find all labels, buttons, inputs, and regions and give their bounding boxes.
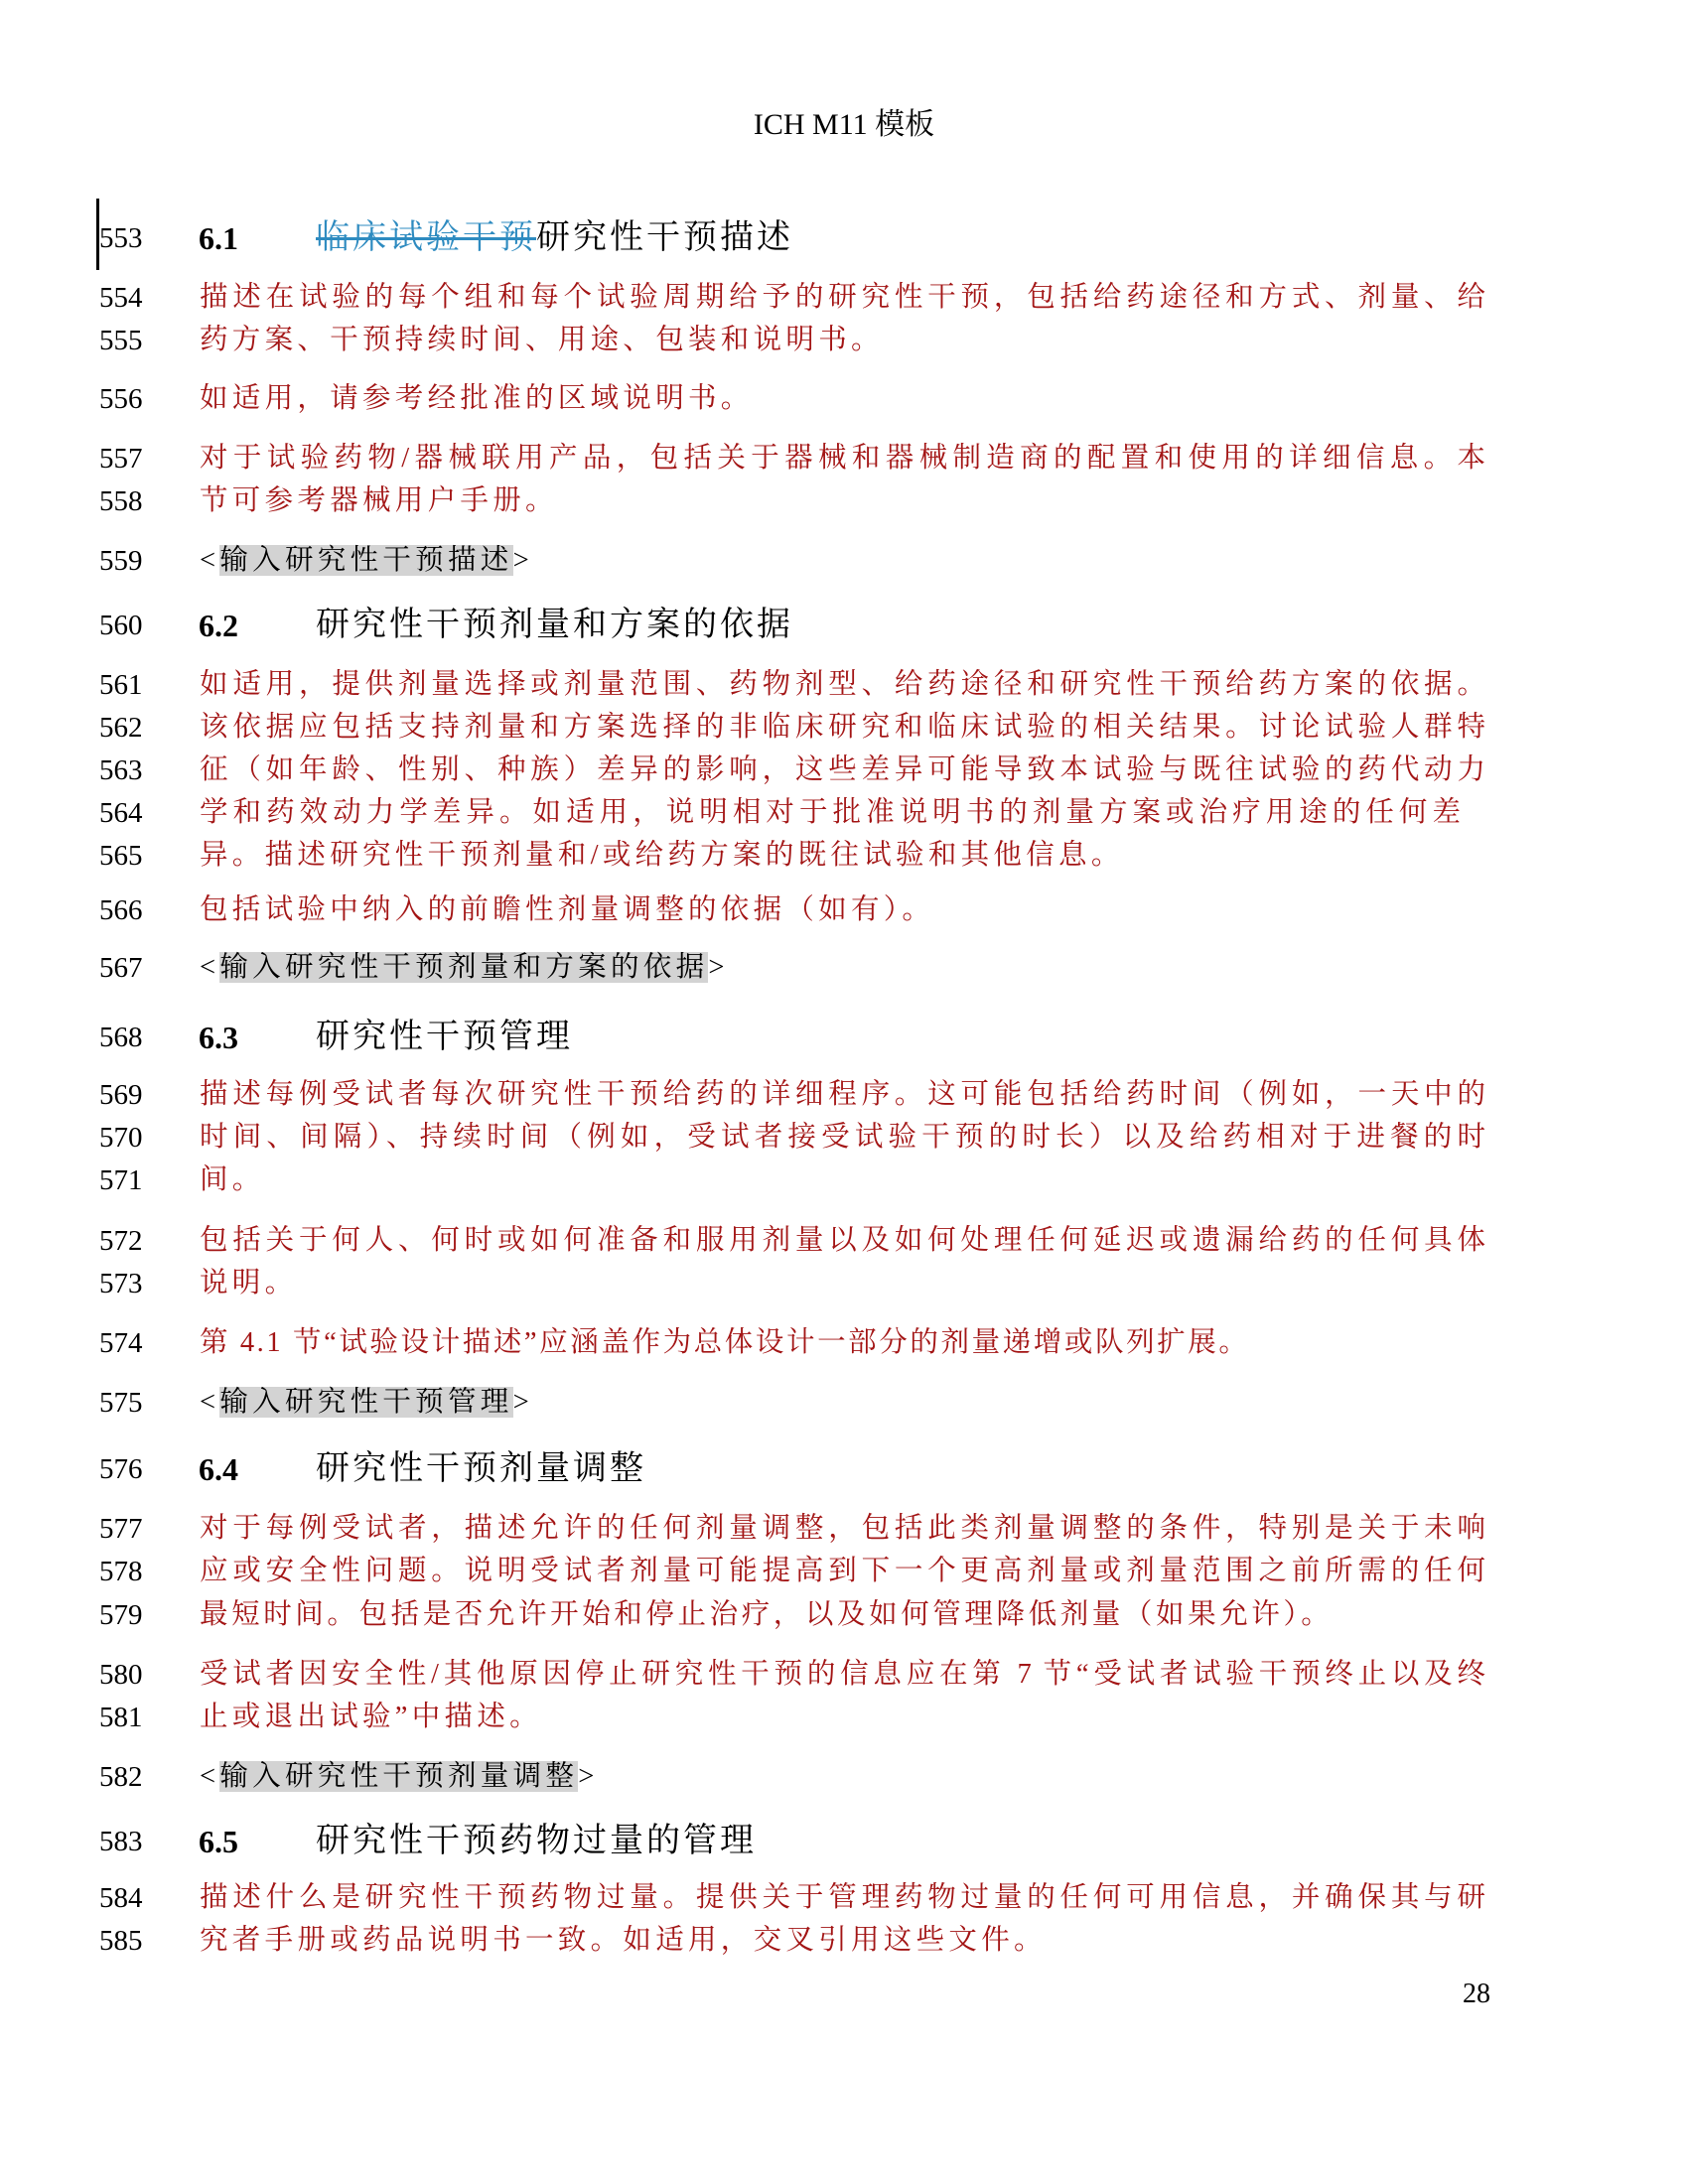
text-line: 571 间。: [0, 1159, 1688, 1202]
line-number: 557: [99, 437, 159, 480]
inserted-title: 研究性干预描述: [536, 219, 793, 256]
text-line: 584 描述什么是研究性干预药物过量。提供关于管理药物过量的任何可用信息，并确保…: [0, 1876, 1688, 1920]
instruction-text: 究者手册或药品说明书一致。如适用，交叉引用这些文件。: [200, 1919, 1485, 1963]
line-number: 563: [99, 749, 159, 792]
instruction-text: 学和药效动力学差异。如适用，说明相对于批准说明书的剂量方案或治疗用途的任何差: [200, 791, 1461, 835]
line-number: 574: [99, 1321, 159, 1365]
line-number: 571: [99, 1159, 159, 1202]
page-header: ICH M11 模板: [0, 99, 1688, 143]
line-number: 582: [99, 1755, 159, 1799]
section-heading-6-5: 583 6.5 研究性干预药物过量的管理: [0, 1817, 1688, 1860]
instruction-text: 对于每例受试者，描述允许的任何剂量调整，包括此类剂量调整的条件，特别是关于未响: [200, 1507, 1485, 1551]
section-number: 6.4: [199, 1444, 238, 1494]
text-line: 566 包括试验中纳入的前瞻性剂量调整的依据（如有）。: [0, 888, 1688, 932]
line-number: 583: [99, 1817, 159, 1866]
text-line: 565 异。描述研究性干预剂量和/或给药方案的既往试验和其他信息。: [0, 834, 1688, 878]
instruction-text: 异。描述研究性干预剂量和/或给药方案的既往试验和其他信息。: [200, 834, 1485, 878]
instruction-text: 描述在试验的每个组和每个试验周期给予的研究性干预，包括给药途径和方式、剂量、给: [200, 276, 1485, 320]
text-line: 585 究者手册或药品说明书一致。如适用，交叉引用这些文件。: [0, 1919, 1688, 1963]
line-number: 577: [99, 1507, 159, 1551]
text-line: 579 最短时间。包括是否允许开始和停止治疗，以及如何管理降低剂量（如果允许）。: [0, 1593, 1688, 1637]
text-line: 561 如适用，提供剂量选择或剂量范围、药物剂型、给药途径和研究性干预给药方案的…: [0, 663, 1688, 707]
instruction-text: 如适用，提供剂量选择或剂量范围、药物剂型、给药途径和研究性干预给药方案的依据。: [200, 663, 1485, 707]
line-number: 558: [99, 479, 159, 523]
placeholder-text: 输入研究性干预描述: [219, 545, 512, 576]
text-line: 573 说明。: [0, 1262, 1688, 1305]
text-line: 572 包括关于何人、何时或如何准备和服用剂量以及如何处理任何延迟或遗漏给药的任…: [0, 1219, 1688, 1263]
placeholder-line: 567 <输入研究性干预剂量和方案的依据>: [0, 946, 1688, 990]
section-heading-6-1: 553 6.1 临床试验干预研究性干预描述: [0, 213, 1688, 257]
line-number: 585: [99, 1919, 159, 1963]
instruction-text: 包括试验中纳入的前瞻性剂量调整的依据（如有）。: [200, 888, 1485, 932]
section-title: 临床试验干预研究性干预描述: [316, 213, 793, 263]
instruction-text: 对于试验药物/器械联用产品，包括关于器械和器械制造商的配置和使用的详细信息。本: [200, 437, 1485, 480]
text-line: 562 该依据应包括支持剂量和方案选择的非临床研究和临床试验的相关结果。讨论试验…: [0, 706, 1688, 750]
close-bracket: >: [513, 545, 533, 576]
instruction-text: 应或安全性问题。说明受试者剂量可能提高到下一个更高剂量或剂量范围之前所需的任何: [200, 1550, 1485, 1593]
close-bracket: >: [578, 1761, 598, 1792]
instruction-text: 时间、间隔）、持续时间（例如，受试者接受试验干预的时长）以及给药相对于进餐的时: [200, 1116, 1485, 1160]
close-bracket: >: [708, 952, 728, 983]
placeholder-text: 输入研究性干预剂量调整: [219, 1761, 578, 1792]
section-title: 研究性干预药物过量的管理: [316, 1817, 757, 1866]
section-title: 研究性干预剂量调整: [316, 1444, 646, 1494]
instruction-text: 描述每例受试者每次研究性干预给药的详细程序。这可能包括给药时间（例如，一天中的: [200, 1073, 1485, 1117]
section-number: 6.3: [199, 1013, 238, 1062]
text-line: 578 应或安全性问题。说明受试者剂量可能提高到下一个更高剂量或剂量范围之前所需…: [0, 1550, 1688, 1593]
line-number: 576: [99, 1444, 159, 1494]
section-title: 研究性干预剂量和方案的依据: [316, 601, 793, 650]
section-heading-6-2: 560 6.2 研究性干预剂量和方案的依据: [0, 601, 1688, 644]
text-line: 581 止或退出试验”中描述。: [0, 1696, 1688, 1739]
line-number: 566: [99, 888, 159, 932]
instruction-text: 如适用，请参考经批准的区域说明书。: [200, 377, 1485, 421]
line-number: 572: [99, 1219, 159, 1263]
line-number: 556: [99, 377, 159, 421]
line-number: 562: [99, 706, 159, 750]
text-line: 557 对于试验药物/器械联用产品，包括关于器械和器械制造商的配置和使用的详细信…: [0, 437, 1688, 480]
deleted-text: 临床试验干预: [316, 219, 536, 256]
line-number: 573: [99, 1262, 159, 1305]
placeholder-text: 输入研究性干预剂量和方案的依据: [219, 952, 708, 983]
text-line: 564 学和药效动力学差异。如适用，说明相对于批准说明书的剂量方案或治疗用途的任…: [0, 791, 1688, 835]
line-number: 569: [99, 1073, 159, 1117]
section-heading-6-3: 568 6.3 研究性干预管理: [0, 1013, 1688, 1056]
instruction-text: 征（如年龄、性别、种族）差异的影响，这些差异可能导致本试验与既往试验的药代动力: [200, 749, 1485, 792]
text-line: 574 第 4.1 节“试验设计描述”应涵盖作为总体设计一部分的剂量递增或队列扩…: [0, 1321, 1688, 1365]
line-number: 580: [99, 1653, 159, 1697]
instruction-text: 第 4.1 节“试验设计描述”应涵盖作为总体设计一部分的剂量递增或队列扩展。: [200, 1321, 1485, 1365]
section-title: 研究性干预管理: [316, 1013, 573, 1062]
text-line: 580 受试者因安全性/其他原因停止研究性干预的信息应在第 7 节“受试者试验干…: [0, 1653, 1688, 1697]
text-line: 554 描述在试验的每个组和每个试验周期给予的研究性干预，包括给药途径和方式、剂…: [0, 276, 1688, 320]
placeholder-line: 559 <输入研究性干预描述>: [0, 539, 1688, 583]
line-number: 570: [99, 1116, 159, 1160]
placeholder-field[interactable]: <输入研究性干预描述>: [200, 539, 1485, 583]
line-number: 575: [99, 1381, 159, 1425]
instruction-text: 止或退出试验”中描述。: [200, 1696, 1485, 1739]
instruction-text: 受试者因安全性/其他原因停止研究性干预的信息应在第 7 节“受试者试验干预终止以…: [200, 1653, 1485, 1697]
text-line: 569 描述每例受试者每次研究性干预给药的详细程序。这可能包括给药时间（例如，一…: [0, 1073, 1688, 1117]
open-bracket: <: [200, 1387, 219, 1418]
line-number: 560: [99, 601, 159, 650]
line-number: 565: [99, 834, 159, 878]
instruction-text: 描述什么是研究性干预药物过量。提供关于管理药物过量的任何可用信息，并确保其与研: [200, 1876, 1485, 1920]
placeholder-field[interactable]: <输入研究性干预剂量调整>: [200, 1755, 1485, 1799]
close-bracket: >: [513, 1387, 533, 1418]
placeholder-text: 输入研究性干预管理: [219, 1387, 512, 1418]
placeholder-field[interactable]: <输入研究性干预管理>: [200, 1381, 1485, 1425]
line-number: 581: [99, 1696, 159, 1739]
text-line: 556 如适用，请参考经批准的区域说明书。: [0, 377, 1688, 421]
line-number: 554: [99, 276, 159, 320]
text-line: 558 节可参考器械用户手册。: [0, 479, 1688, 523]
instruction-text: 说明。: [200, 1262, 1485, 1305]
line-number: 584: [99, 1876, 159, 1920]
instruction-text: 节可参考器械用户手册。: [200, 479, 1485, 523]
text-line: 555 药方案、干预持续时间、用途、包装和说明书。: [0, 319, 1688, 362]
line-number: 579: [99, 1593, 159, 1637]
open-bracket: <: [200, 952, 219, 983]
instruction-text: 间。: [200, 1159, 1485, 1202]
line-number: 561: [99, 663, 159, 707]
instruction-text: 包括关于何人、何时或如何准备和服用剂量以及如何处理任何延迟或遗漏给药的任何具体: [200, 1219, 1485, 1263]
line-number: 559: [99, 539, 159, 583]
section-number: 6.1: [199, 213, 238, 263]
instruction-text: 药方案、干预持续时间、用途、包装和说明书。: [200, 319, 1485, 362]
page-number: 28: [1463, 1979, 1490, 2010]
section-number: 6.2: [199, 601, 238, 650]
line-number: 553: [99, 213, 159, 263]
line-number: 555: [99, 319, 159, 362]
open-bracket: <: [200, 1761, 219, 1792]
placeholder-field[interactable]: <输入研究性干预剂量和方案的依据>: [200, 946, 1485, 990]
section-heading-6-4: 576 6.4 研究性干预剂量调整: [0, 1444, 1688, 1488]
placeholder-line: 582 <输入研究性干预剂量调整>: [0, 1755, 1688, 1799]
placeholder-line: 575 <输入研究性干预管理>: [0, 1381, 1688, 1425]
text-line: 577 对于每例受试者，描述允许的任何剂量调整，包括此类剂量调整的条件，特别是关…: [0, 1507, 1688, 1551]
text-line: 563 征（如年龄、性别、种族）差异的影响，这些差异可能导致本试验与既往试验的药…: [0, 749, 1688, 792]
line-number: 564: [99, 791, 159, 835]
line-number: 578: [99, 1550, 159, 1593]
line-number: 568: [99, 1013, 159, 1062]
section-number: 6.5: [199, 1817, 238, 1866]
instruction-text: 该依据应包括支持剂量和方案选择的非临床研究和临床试验的相关结果。讨论试验人群特: [200, 706, 1485, 750]
instruction-text: 最短时间。包括是否允许开始和停止治疗，以及如何管理降低剂量（如果允许）。: [200, 1593, 1485, 1637]
open-bracket: <: [200, 545, 219, 576]
line-number: 567: [99, 946, 159, 990]
text-line: 570 时间、间隔）、持续时间（例如，受试者接受试验干预的时长）以及给药相对于进…: [0, 1116, 1688, 1160]
